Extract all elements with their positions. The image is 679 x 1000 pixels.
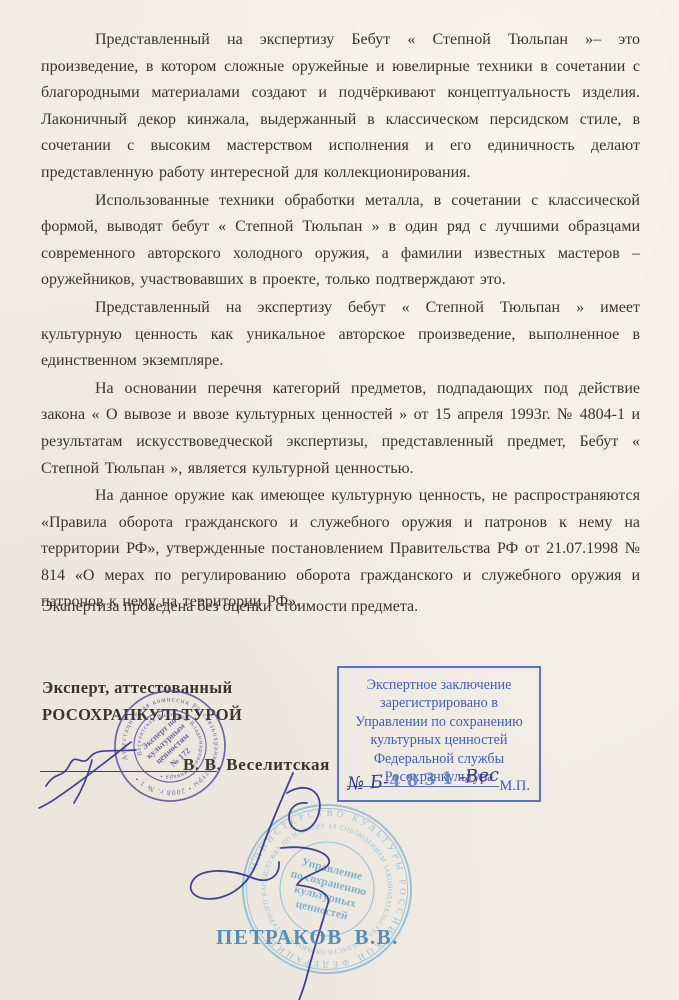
ministry-seal-icon: МИНИСТЕРСТВО КУЛЬТУРЫ РОССИЙСКОЙ ФЕДЕРАЦ… <box>238 800 416 978</box>
expert-seal-icon: Аттестационная комиссия Россвязьохранкул… <box>104 680 236 812</box>
document-page: Представленный на экспертизу Бебут « Сте… <box>0 0 679 1000</box>
paragraph-1: Представленный на экспертизу Бебут « Сте… <box>41 27 640 187</box>
registration-stamp-line4: культурных ценностей <box>339 731 539 749</box>
registration-number-suffix: -Вес <box>458 765 499 788</box>
registration-stamp-line2: зарегистрировано в <box>339 694 539 712</box>
paragraph-5: На данное оружие как имеющее культурную … <box>41 483 640 616</box>
registration-stamp-line3: Управлении по сохранению <box>339 713 539 731</box>
paragraph-3: Представленный на экспертизу бебут « Сте… <box>41 295 640 375</box>
document-body: Представленный на экспертизу Бебут « Сте… <box>41 27 640 617</box>
valuation-note: Экспертиза проведена без оценки стоимост… <box>42 598 641 616</box>
paragraph-4: На основании перечня категорий предметов… <box>41 376 640 482</box>
registration-stamp-line1: Экспертное заключение <box>339 676 539 694</box>
registration-number-digits: 4831 <box>389 768 460 791</box>
paragraph-2: Использованные техники обработки металла… <box>41 188 640 294</box>
petrakov-name: ПЕТРАКОВ В.В. <box>216 925 399 950</box>
registration-number-prefix: № Б- <box>347 771 390 795</box>
